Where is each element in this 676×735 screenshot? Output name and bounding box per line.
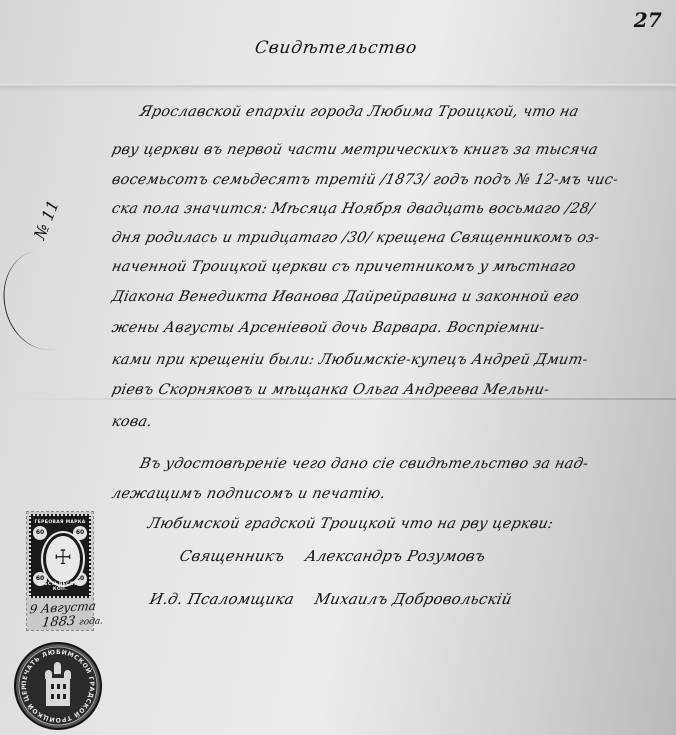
signature-name: Александръ Розумовъ <box>303 547 487 565</box>
stamp-date-year: 1883 <box>41 614 76 631</box>
paper-fold-line <box>0 84 676 87</box>
document-title: Свидѣтельство <box>254 38 419 58</box>
stamp-denomination: ШЕСТЬДЕСЯТЪ КОП. <box>31 582 89 592</box>
signature-role: Священникъ <box>178 547 286 565</box>
body-line: ска пола значится: Мѣсяца Ноября двадцат… <box>110 201 596 217</box>
body-line: кова. <box>110 414 153 430</box>
document-page: 27 Свидѣтельство Ярославской епархіи гор… <box>0 0 676 735</box>
sheet-number: 27 <box>634 8 662 32</box>
stamp-oval: ☩ <box>43 533 83 585</box>
double-headed-eagle-icon: ☩ <box>46 545 80 569</box>
signature-role: И.д. Псаломщика <box>148 590 296 608</box>
closing-line: лежащимъ подписомъ и печатію. <box>110 486 387 502</box>
closing-line: Въ удостовѣреніе чего дано сіе свидѣтель… <box>138 456 590 472</box>
body-line: наченной Троицкой церкви съ причетникомъ… <box>110 259 577 275</box>
body-line: ріевъ Скорняковъ и мѣщанка Ольга Андреев… <box>110 382 551 398</box>
signature-name: Михаилъ Добровольскій <box>313 590 514 608</box>
body-line: Ярославской епархіи города Любима Троицк… <box>138 104 580 120</box>
stamp-face: ГЕРБОВАЯ МАРКА 60 60 60 60 ☩ ШЕСТЬДЕСЯТЪ… <box>29 514 91 598</box>
church-building-icon <box>44 662 72 706</box>
body-line: ками при крещеніи были: Любимскіе-купецъ… <box>110 352 589 368</box>
body-line: Діакона Венедикта Иванова Дайрейравина и… <box>110 289 580 305</box>
stamp-date-suffix: года. <box>78 616 103 627</box>
margin-note: № 11 <box>30 197 63 242</box>
body-line: жены Августы Арсеніевой дочь Варвара. Во… <box>110 320 546 336</box>
signature-priest: Священникъ Александръ Розумовъ <box>178 547 487 565</box>
body-line: рву церкви въ первой части метрическихъ … <box>110 142 599 158</box>
stamp-label: ГЕРБОВАЯ МАРКА <box>31 520 89 525</box>
church-seal: ПЕЧАТЬ ЛЮБИМСКОЙ ГРАДСКОЙ ТРОИЦКОЙ ЦЕРКВ… <box>14 642 102 730</box>
revenue-stamp: ГЕРБОВАЯ МАРКА 60 60 60 60 ☩ ШЕСТЬДЕСЯТЪ… <box>27 512 93 630</box>
paper-shadow-line <box>0 398 676 400</box>
body-line: дня родилась и тридцатаго /30/ крещена С… <box>110 230 601 246</box>
signature-psalmist: И.д. Псаломщика Михаилъ Добровольскій <box>148 590 514 608</box>
stamp-cancellation-date: 9 Августа 1883 года. <box>27 598 121 633</box>
church-line: Любимской градской Троицкой что на рву ц… <box>146 516 554 532</box>
body-line: восемьсотъ семьдесятъ третій /1873/ годъ… <box>110 172 619 188</box>
stamp-corner-value: 60 <box>33 526 47 540</box>
margin-flourish <box>0 243 95 358</box>
